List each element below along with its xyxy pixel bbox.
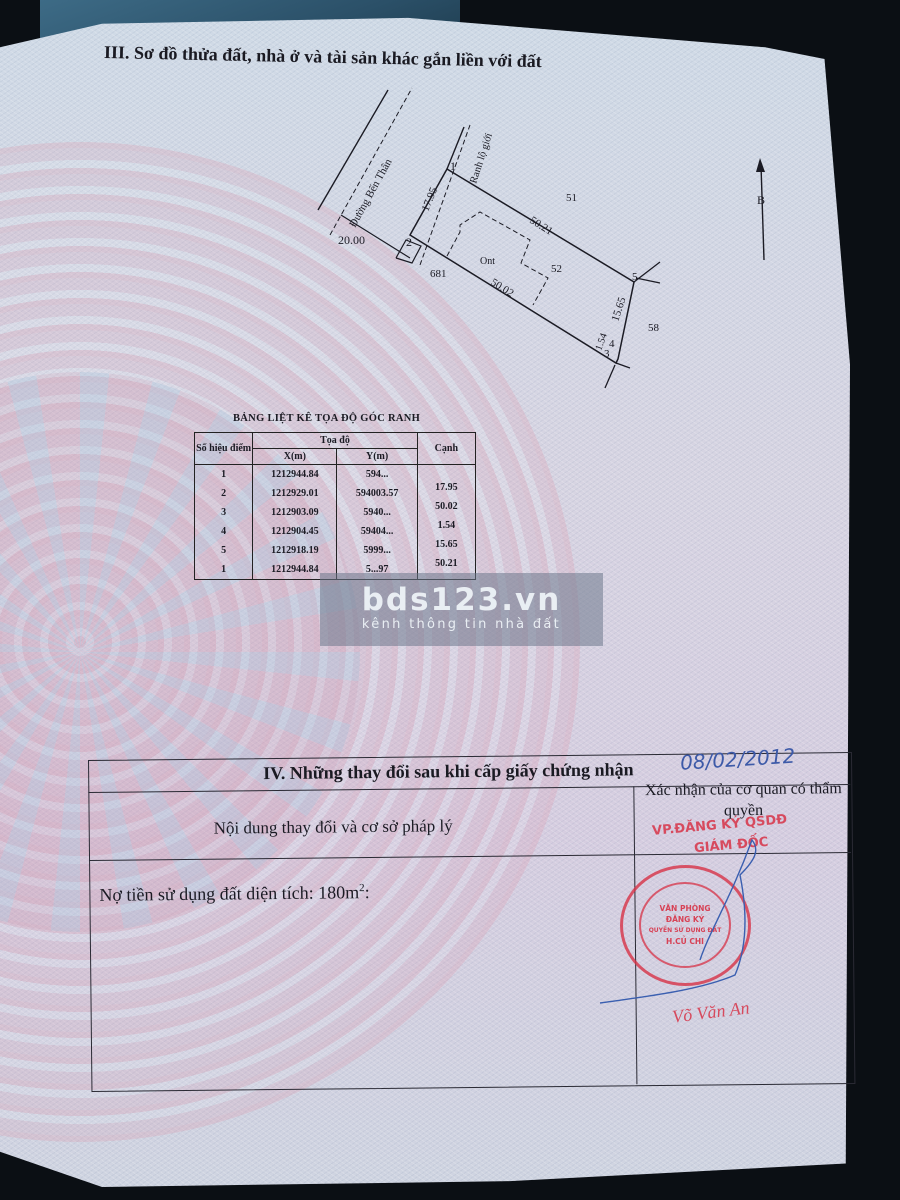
edge-2-3-label: 50.02	[488, 276, 515, 299]
change-entry-text: Nợ tiền sử dụng đất diện tích: 180m	[99, 882, 359, 905]
col-header-y: Y(m)	[337, 449, 417, 465]
table-row: 1 1212944.84 594... 17.95	[195, 465, 476, 485]
watermark: bds123.vn kênh thông tin nhà đất	[320, 573, 603, 646]
official-seal: VĂN PHÒNG ĐĂNG KÝ QUYỀN SỬ DỤNG ĐẤT H.CỦ…	[620, 865, 751, 986]
col-header-edge: Cạnh	[417, 433, 475, 465]
point-2-label: 2	[406, 235, 412, 249]
edge-1-2-label: 17.95	[420, 185, 441, 213]
coordinate-table: Số hiệu điểm Tọa độ Cạnh X(m) Y(m) 1 121…	[194, 432, 476, 580]
content-column-header: Nội dung thay đổi và cơ sở pháp lý	[214, 816, 453, 839]
parcel-58-label: 58	[648, 322, 660, 334]
extension-line-3	[616, 363, 630, 368]
seal-center: VĂN PHÒNG ĐĂNG KÝ QUYỀN SỬ DỤNG ĐẤT H.CỦ…	[639, 882, 731, 968]
road-width-label: 20.00	[338, 233, 365, 247]
col-header-point: Số hiệu điểm	[195, 433, 253, 465]
north-arrow-icon	[756, 158, 765, 172]
north-arrow-shaft	[761, 165, 764, 260]
road-name-label: Đường Bến Thân	[347, 156, 395, 229]
parcel-52-label: 52	[551, 263, 562, 275]
watermark-brand: bds123.vn	[320, 583, 603, 617]
point-5-label: 5	[632, 271, 638, 283]
coordinate-table-title: BẢNG LIỆT KÊ TỌA ĐỘ GÓC RANH	[233, 413, 420, 424]
extension-line-5b	[636, 278, 660, 283]
road-centerline	[330, 88, 412, 235]
boundary-label: Ranh lộ giới	[468, 132, 495, 185]
watermark-tagline: kênh thông tin nhà đất	[320, 617, 603, 632]
parcel-51-label: 51	[566, 192, 577, 204]
col-header-coords: Tọa độ	[253, 433, 417, 449]
north-label: B	[757, 193, 765, 207]
extension-line-3b	[605, 365, 615, 388]
col-header-x: X(m)	[253, 449, 337, 465]
point-4-label: 4	[609, 338, 615, 350]
house-label: Ont	[480, 256, 495, 267]
edge-5-1-label: 50.21	[527, 214, 554, 237]
section-4-title: IV. Những thay đổi sau khi cấp giấy chứn…	[263, 759, 634, 784]
change-entry: Nợ tiền sử dụng đất diện tích: 180m2:	[99, 882, 369, 906]
point-1-label: 1	[450, 159, 456, 173]
parcel-681-label: 681	[430, 268, 447, 280]
